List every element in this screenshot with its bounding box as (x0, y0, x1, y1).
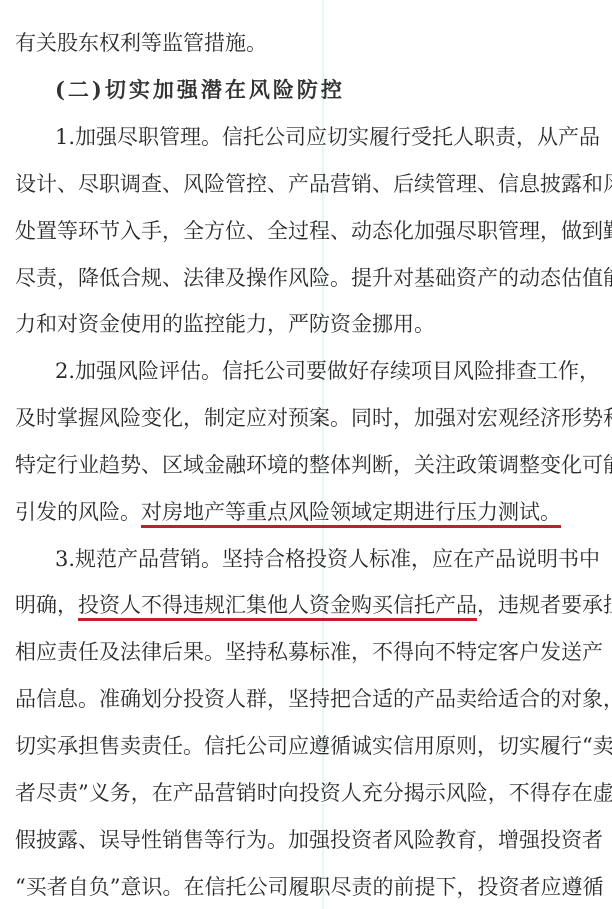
paragraph-line: 1.加强尽职管理。信托公司应切实履行受托人职责，从产品 (55, 122, 599, 152)
paragraph-line: 2.加强风险评估。信托公司要做好存续项目风险排查工作， (55, 356, 599, 386)
paragraph-line: 切实承担售卖责任。信托公司应遵循诚实信用原则，切实履行“卖 (15, 731, 599, 761)
document-page: 有关股东权利等监管措施。 (二)切实加强潜在风险防控 1.加强尽职管理。信托公司… (0, 0, 612, 909)
paragraph-line: 特定行业趋势、区域金融环境的整体判断，关注政策调整变化可能 (15, 450, 599, 480)
paragraph-line: 品信息。准确划分投资人群，坚持把合适的产品卖给适合的对象， (15, 684, 599, 714)
line-text: 明确， (15, 593, 78, 617)
paragraph-line: 处置等环节入手，全方位、全过程、动态化加强尽职管理，做到勤勉 (15, 216, 599, 246)
section-heading: (二)切实加强潜在风险防控 (55, 75, 599, 105)
paragraph-line: 相应责任及法律后果。坚持私募标准，不得向不特定客户发送产 (15, 637, 599, 667)
underlined-highlight: 对房地产等重点风险领域定期进行压力测试。 (141, 500, 561, 528)
paragraph-line: 引发的风险。对房地产等重点风险领域定期进行压力测试。 (15, 497, 599, 527)
paragraph-line: 者尽责”义务，在产品营销时向投资人充分揭示风险，不得存在虚 (15, 778, 599, 808)
paragraph-line: 及时掌握风险变化，制定应对预案。同时，加强对宏观经济形势和 (15, 403, 599, 433)
paragraph-line: 有关股东权利等监管措施。 (15, 28, 599, 58)
paragraph-line: 尽责，降低合规、法律及操作风险。提升对基础资产的动态估值能 (15, 263, 599, 293)
paragraph-line: 3.规范产品营销。坚持合格投资人标准，应在产品说明书中 (55, 544, 599, 574)
paragraph-line: “买者自负”意识。在信托公司履职尽责的前提下，投资者应遵循 (15, 872, 599, 902)
line-text: ，违规者要承担 (477, 593, 612, 617)
paragraph-line: 力和对资金使用的监控能力，严防资金挪用。 (15, 309, 599, 339)
paragraph-line: 假披露、误导性销售等行为。加强投资者风险教育，增强投资者 (15, 825, 599, 855)
line-text: 引发的风险。 (15, 500, 141, 524)
underlined-highlight: 投资人不得违规汇集他人资金购买信托产品 (78, 593, 477, 621)
paragraph-line: 明确，投资人不得违规汇集他人资金购买信托产品，违规者要承担 (15, 590, 599, 620)
paragraph-line: 设计、尽职调查、风险管控、产品营销、后续管理、信息披露和风险 (15, 169, 599, 199)
